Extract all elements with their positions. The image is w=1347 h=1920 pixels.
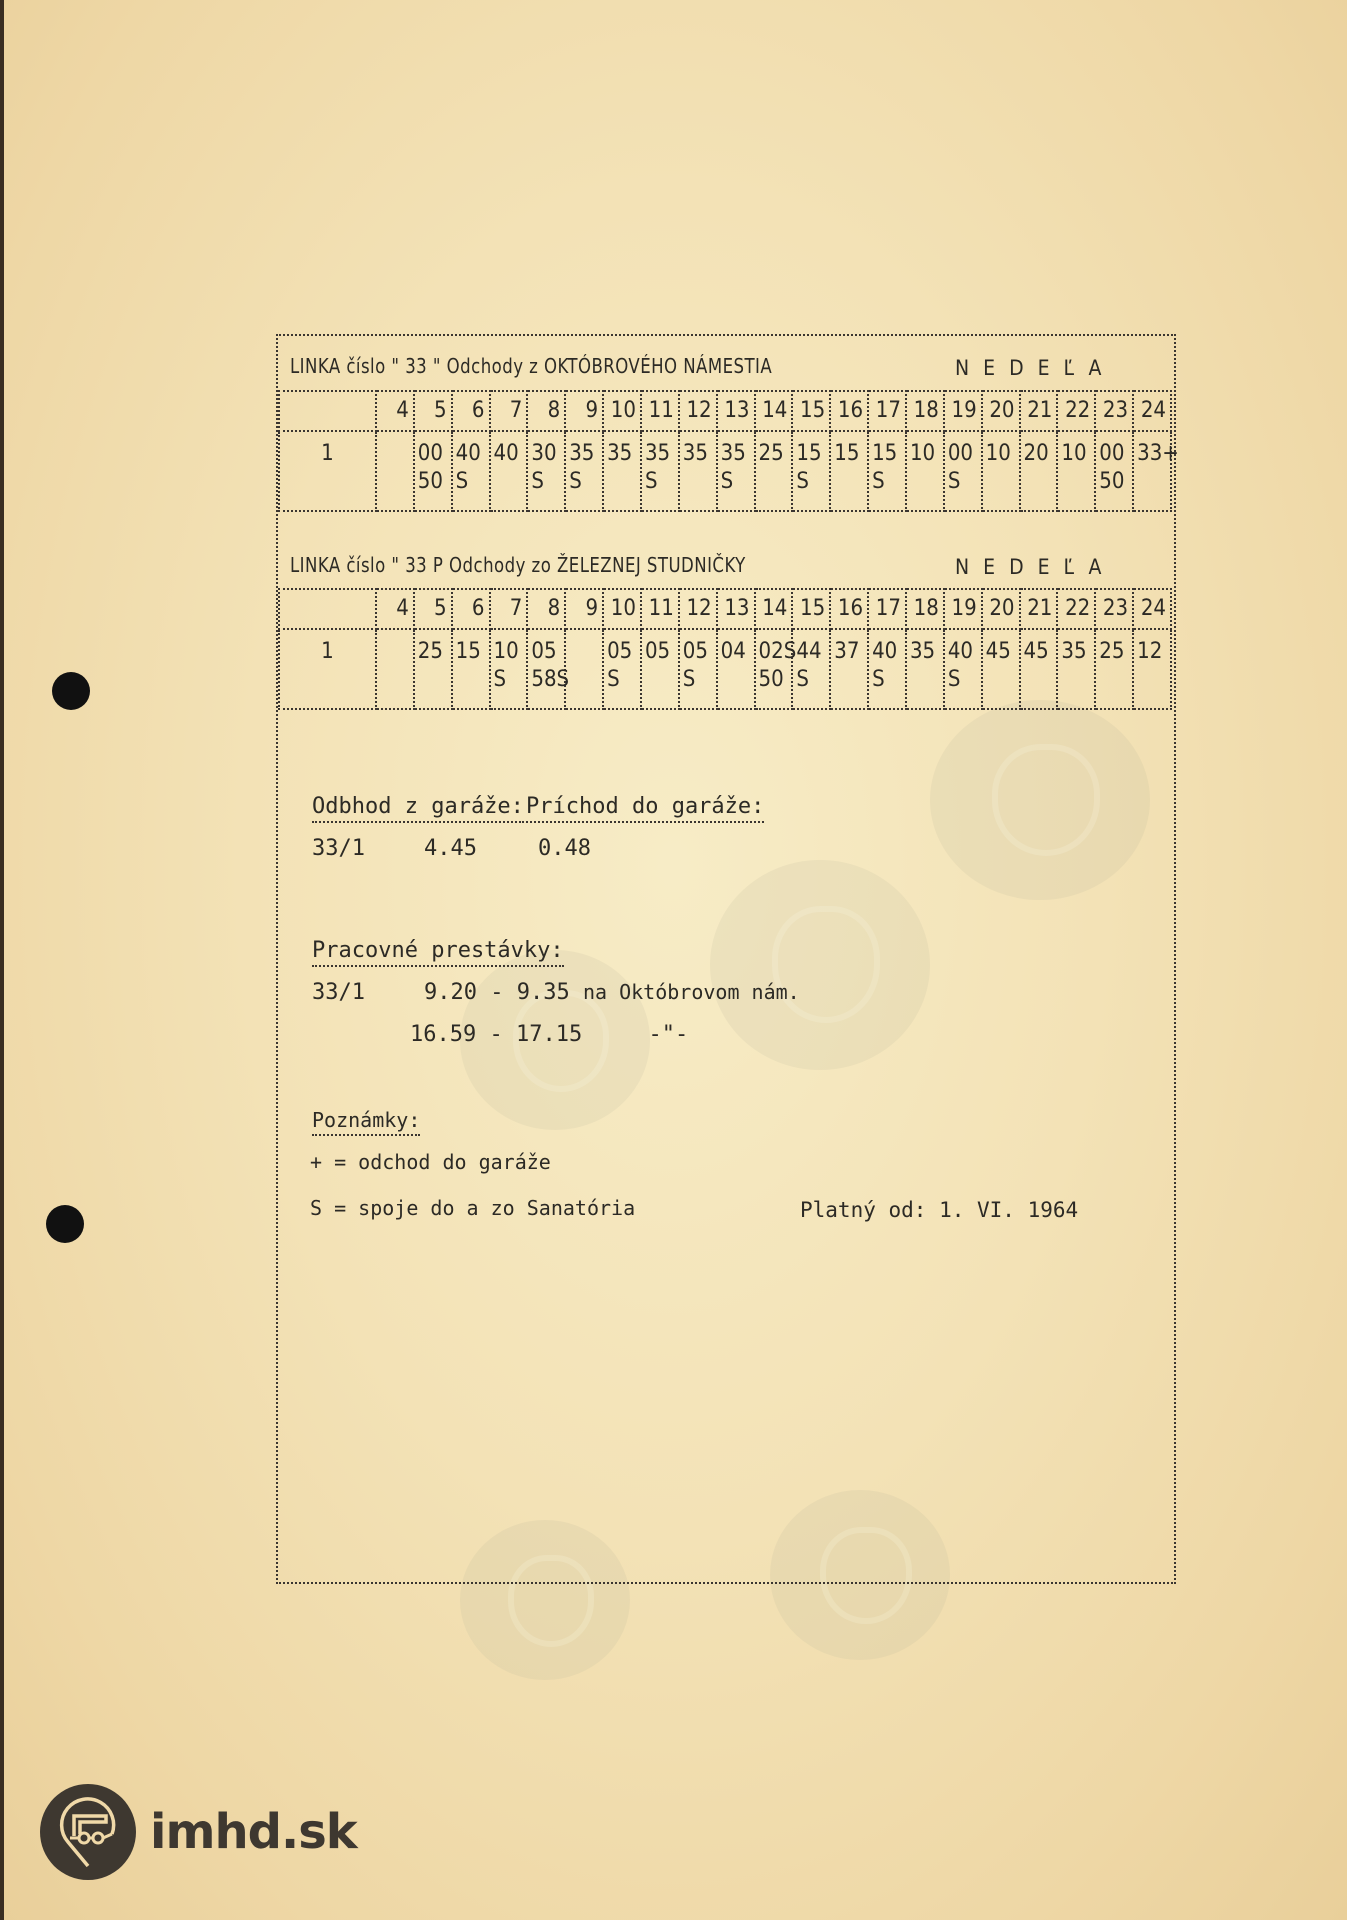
hour-header: 16 [830,391,868,431]
departure-cell: 35 [603,431,641,511]
departure-cell: 05S [679,629,717,709]
departure-cell: 40S [452,431,490,511]
hour-header: 20 [982,391,1020,431]
departure-cell: 20 [1020,431,1058,511]
corner-cell [279,391,376,431]
hour-header: 12 [679,589,717,629]
break-from: 16.59 [410,1022,476,1047]
hour-header: 19 [944,589,982,629]
breaks-heading-text: Pracovné prestávky: [312,938,564,967]
garage-out-heading-text: Odbhod z garáže: [312,794,524,823]
departure-cell: 15S [868,431,906,511]
hour-header: 18 [906,391,944,431]
hour-header: 6 [452,391,490,431]
departure-cell: 40S [944,629,982,709]
hour-header: 23 [1095,391,1133,431]
hour-header: 19 [944,391,982,431]
hour-header: 21 [1020,589,1058,629]
hour-header: 10 [603,391,641,431]
hour-header: 21 [1020,391,1058,431]
timetable-1-grid: 4567891011121314151617181920212223241 00… [278,390,1172,512]
hour-header: 9 [565,391,603,431]
departure-cell: 25 [414,629,452,709]
valid-from: Platný od: 1. VI. 1964 [800,1198,1078,1222]
hour-header: 14 [755,391,793,431]
break-to: 17.15 [516,1022,582,1047]
notes-heading: Poznámky: [312,1108,420,1132]
garage-out-heading: Odbhod z garáže: [312,794,524,819]
hour-header: 4 [376,589,414,629]
hour-header: 22 [1057,391,1095,431]
departure-cell: 35S [641,431,679,511]
departure-cell: 10 [906,431,944,511]
hour-header: 8 [527,589,565,629]
departure-cell [565,629,603,709]
departure-cell: 04 [717,629,755,709]
departure-cell: 10S [490,629,528,709]
break-row-1: 9.20 - 9.35 na Októbrovom nám. [424,980,800,1005]
departure-cell: 45 [982,629,1020,709]
hour-header: 9 [565,589,603,629]
hour-header: 22 [1057,589,1095,629]
departure-cell: 02S50 [755,629,793,709]
garage-in-heading: Príchod do garáže: [526,794,764,819]
departure-cell: 33+ [1133,431,1171,511]
departure-cell: 35 [679,431,717,511]
notes-heading-text: Poznámky: [312,1108,420,1136]
imhd-logo[interactable]: imhd.sk [40,1784,357,1880]
garage-out-time: 4.45 [424,836,477,861]
hour-header: 11 [641,391,679,431]
departure-cell [376,629,414,709]
break-place: -"- [648,1022,688,1047]
hour-header: 24 [1133,391,1171,431]
brand-name: imhd.sk [150,1804,357,1860]
departure-cell: 35 [1057,629,1095,709]
departure-cell: 10 [982,431,1020,511]
departure-cell: 12 [1133,629,1171,709]
timetable-1-day: NEDEĽA [955,356,1115,380]
departure-cell: 40S [868,629,906,709]
hour-header: 16 [830,589,868,629]
hour-header: 11 [641,589,679,629]
departure-cell: 35S [565,431,603,511]
hour-header: 8 [527,391,565,431]
departure-cell: 0050 [1095,431,1133,511]
departure-cell: 10 [1057,431,1095,511]
hour-header: 14 [755,589,793,629]
hour-header: 10 [603,589,641,629]
departure-cell: 30S [527,431,565,511]
bus-pin-icon [40,1784,136,1880]
punch-hole-bottom [46,1205,84,1243]
garage-run: 33/1 [312,836,365,861]
paper-edge [0,0,4,1920]
hour-header: 5 [414,589,452,629]
hour-header: 13 [717,391,755,431]
break-to: 9.35 [517,980,570,1005]
hour-header: 15 [792,589,830,629]
garage-in-heading-text: Príchod do garáže: [526,794,764,823]
hour-header: 13 [717,589,755,629]
run-number: 1 [279,629,376,709]
run-number: 1 [279,431,376,511]
departure-cell: 25 [1095,629,1133,709]
hour-header: 17 [868,589,906,629]
departure-cell: 15S [792,431,830,511]
timetable-2-day: NEDEĽA [955,555,1115,579]
departure-cell: 00S [944,431,982,511]
departure-cell: 15 [830,431,868,511]
hour-header: 18 [906,589,944,629]
punch-hole-top [52,672,90,710]
hour-header: 5 [414,391,452,431]
departure-cell [376,431,414,511]
departure-cell: 15 [452,629,490,709]
timetable-2-grid: 4567891011121314151617181920212223241 25… [278,588,1172,710]
departure-cell: 44S [792,629,830,709]
departure-cell: 05S [603,629,641,709]
hour-header: 6 [452,589,490,629]
hour-header: 7 [490,589,528,629]
hour-header: 17 [868,391,906,431]
departure-cell: 35S [717,431,755,511]
hour-header: 20 [982,589,1020,629]
note-item-2: S = spoje do a zo Sanatória [310,1196,635,1220]
breaks-run: 33/1 [312,980,365,1005]
garage-in-time: 0.48 [538,836,591,861]
departure-cell: 0050 [414,431,452,511]
departure-cell: 25 [755,431,793,511]
departure-cell: 0558S [527,629,565,709]
break-row-2: 16.59 - 17.15 -"- [410,1022,688,1047]
breaks-heading: Pracovné prestávky: [312,938,564,963]
corner-cell [279,589,376,629]
hour-header: 7 [490,391,528,431]
timetable-2-title: LINKA číslo " 33 P Odchody zo ŽELEZNEJ S… [290,553,746,577]
departure-cell: 40 [490,431,528,511]
departure-cell: 45 [1020,629,1058,709]
hour-header: 4 [376,391,414,431]
hour-header: 23 [1095,589,1133,629]
hour-header: 24 [1133,589,1171,629]
break-from: 9.20 [424,980,477,1005]
departure-cell: 37 [830,629,868,709]
timetable-1-title: LINKA číslo " 33 " Odchody z OKTÓBROVÉHO… [290,354,772,378]
note-item-1: + = odchod do garáže [310,1150,551,1174]
break-place: na Októbrovom nám. [583,980,800,1004]
hour-header: 12 [679,391,717,431]
departure-cell: 05 [641,629,679,709]
hour-header: 15 [792,391,830,431]
departure-cell: 35 [906,629,944,709]
